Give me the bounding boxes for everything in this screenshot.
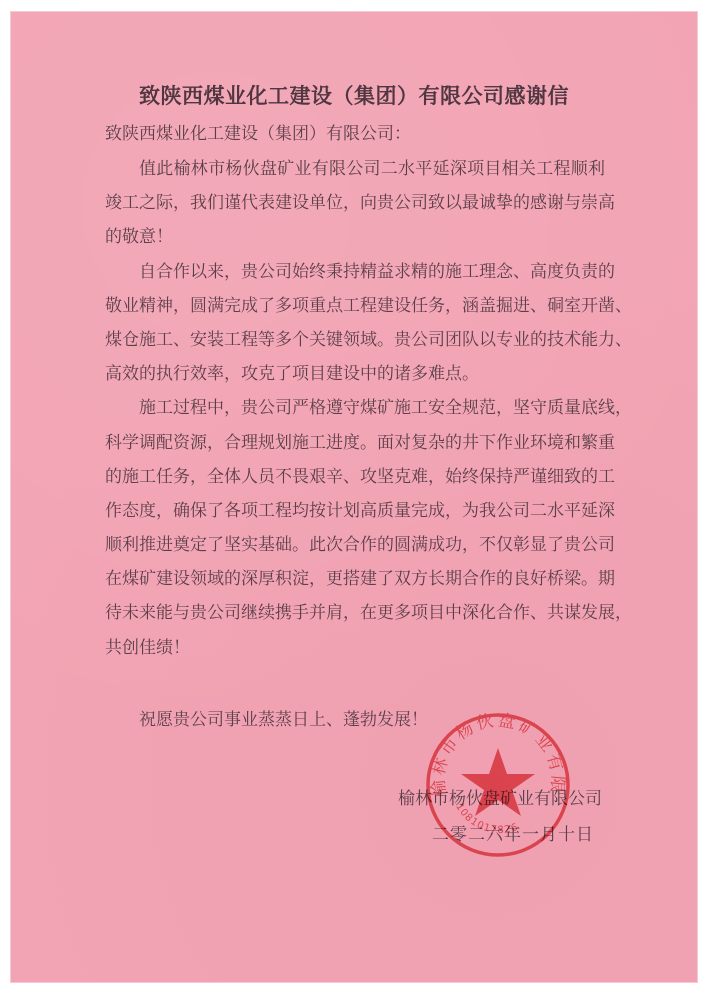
body-line: 顺利推进奠定了坚实基础。此次合作的圆满成功，不仅彰显了贵公司 <box>105 528 605 562</box>
body-line: 煤仓施工、安装工程等多个关键领域。贵公司团队以专业的技术能力、 <box>105 323 605 357</box>
body-line: 作态度，确保了各项工程均按计划高质量完成，为我公司二水平延深 <box>105 494 605 528</box>
seal-star-icon <box>461 748 535 816</box>
body-line: 竣工之际，我们谨代表建设单位，向贵公司致以最诚挚的感谢与崇高 <box>105 186 605 220</box>
body-line: 科学调配资源，合理规划施工进度。面对复杂的井下作业环境和繁重 <box>105 426 605 460</box>
letter-salutation: 致陕西煤业化工建设（集团）有限公司： <box>105 119 411 144</box>
body-line: 自合作以来，贵公司始终秉持精益求精的施工理念、高度负责的 <box>105 255 605 289</box>
company-seal-icon: 榆林市杨伙盘矿业有限公司 1081017826 <box>425 712 571 858</box>
body-line: 的敬意！ <box>105 220 605 254</box>
body-line: 施工过程中，贵公司严格遵守煤矿施工安全规范，坚守质量底线， <box>105 391 605 425</box>
body-line: 待未来能与贵公司继续携手并肩，在更多项目中深化合作、共谋发展， <box>105 596 605 630</box>
letter-closing: 祝愿贵公司事业蒸蒸日上、蓬勃发展！ <box>139 705 428 730</box>
body-line: 共创佳绩！ <box>105 631 605 665</box>
letter-title: 致陕西煤业化工建设（集团）有限公司感谢信 <box>0 80 708 110</box>
letter-body: 值此榆林市杨伙盘矿业有限公司二水平延深项目相关工程顺利 竣工之际，我们谨代表建设… <box>105 152 605 665</box>
body-line: 值此榆林市杨伙盘矿业有限公司二水平延深项目相关工程顺利 <box>105 152 605 186</box>
body-line: 敬业精神，圆满完成了多项重点工程建设任务，涵盖掘进、硐室开凿、 <box>105 289 605 323</box>
body-line: 的施工任务，全体人员不畏艰辛、攻坚克难，始终保持严谨细致的工 <box>105 460 605 494</box>
body-line: 高效的执行效率，攻克了项目建设中的诸多难点。 <box>105 357 605 391</box>
body-line: 在煤矿建设领域的深厚积淀，更搭建了双方长期合作的良好桥梁。期 <box>105 562 605 596</box>
